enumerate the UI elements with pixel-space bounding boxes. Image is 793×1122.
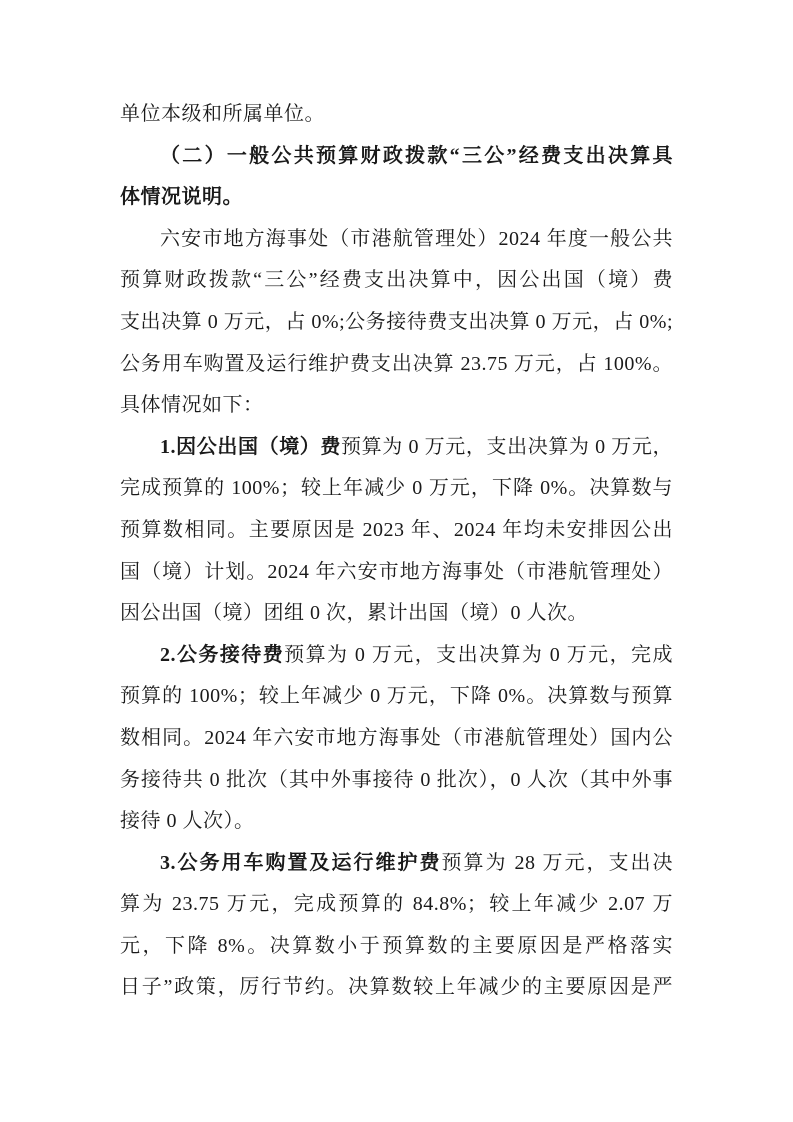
text-line: 具体情况如下： — [120, 385, 673, 427]
body-text: 务接待共 0 批次（其中外事接待 0 批次），0 人次（其中外事 — [120, 769, 673, 791]
text-line: 接待 0 人次）。 — [120, 801, 673, 843]
text-line: 单位本级和所属单位。 — [120, 94, 673, 136]
body-text: 元，下降 8%。决算数小于预算数的主要原因是严格落实过“紧 — [120, 935, 673, 968]
text-line: 2.公务接待费预算为 0 万元，支出决算为 0 万元，完成 — [120, 635, 673, 677]
document-page: 单位本级和所属单位。（二）一般公共预算财政拨款“三公”经费支出决算具体情况说明。… — [0, 0, 793, 1122]
body-text: 单位本级和所属单位。 — [120, 103, 325, 125]
text-line: 数相同。2024 年六安市地方海事处（市港航管理处）国内公 — [120, 718, 673, 760]
text-line: 国（境）计划。2024 年六安市地方海事处（市港航管理处） — [120, 552, 673, 594]
body-text: 算为 23.75 万元，完成预算的 84.8%；较上年减少 2.07 万 — [120, 893, 673, 915]
body-text: 公务用车购置及运行维护费支出决算 23.75 万元，占 100%。 — [120, 353, 673, 375]
text-line: 预算数相同。主要原因是 2023 年、2024 年均未安排因公出 — [120, 510, 673, 552]
body-text: 预算为 0 万元，支出决算为 0 万元， — [341, 436, 673, 458]
body-text: 预算为 28 万元，支出决 — [442, 852, 674, 874]
text-line: 算为 23.75 万元，完成预算的 84.8%；较上年减少 2.07 万 — [120, 884, 673, 926]
bold-text: 1.因公出国（境）费 — [160, 436, 341, 458]
bold-text: 3.公务用车购置及运行维护费 — [160, 852, 442, 874]
text-line: 预算财政拨款“三公”经费支出决算中，因公出国（境）费 — [120, 260, 673, 302]
text-line: 预算的 100%；较上年减少 0 万元，下降 0%。决算数与预算 — [120, 676, 673, 718]
body-text: 预算为 0 万元，支出决算为 0 万元，完成 — [284, 644, 673, 666]
body-text: 预算数相同。主要原因是 2023 年、2024 年均未安排因公出 — [120, 519, 673, 541]
body-text: 支出决算 0 万元，占 0%;公务接待费支出决算 0 万元，占 0%; — [120, 311, 673, 333]
body-text: 预算的 100%；较上年减少 0 万元，下降 0%。决算数与预算 — [120, 685, 673, 707]
text-line: 务接待共 0 批次（其中外事接待 0 批次），0 人次（其中外事 — [120, 760, 673, 802]
text-line: 六安市地方海事处（市港航管理处）2024 年度一般公共 — [120, 219, 673, 261]
body-text: 预算财政拨款“三公”经费支出决算中，因公出国（境）费 — [120, 269, 673, 291]
body-text: 具体情况如下： — [120, 394, 264, 416]
text-line: 支出决算 0 万元，占 0%;公务接待费支出决算 0 万元，占 0%; — [120, 302, 673, 344]
body-text: 国（境）计划。2024 年六安市地方海事处（市港航管理处） — [120, 561, 673, 583]
body-text: 数相同。2024 年六安市地方海事处（市港航管理处）国内公 — [120, 727, 673, 749]
document-body: 单位本级和所属单位。（二）一般公共预算财政拨款“三公”经费支出决算具体情况说明。… — [120, 94, 673, 1009]
text-line: 1.因公出国（境）费预算为 0 万元，支出决算为 0 万元， — [120, 427, 673, 469]
text-line: 日子”政策，厉行节约。决算数较上年减少的主要原因是严 — [120, 967, 673, 1009]
text-line: 体情况说明。 — [120, 177, 673, 219]
bold-text: 2.公务接待费 — [160, 644, 284, 666]
text-line: 完成预算的 100%；较上年减少 0 万元，下降 0%。决算数与 — [120, 468, 673, 510]
bold-text: 体情况说明。 — [120, 186, 243, 208]
body-text: 日子”政策，厉行节约。决算数较上年减少的主要原因是严 — [120, 976, 673, 998]
body-text: 六安市地方海事处（市港航管理处）2024 年度一般公共 — [160, 228, 673, 250]
text-line: 元，下降 8%。决算数小于预算数的主要原因是严格落实过“紧 — [120, 926, 673, 968]
text-line: （二）一般公共预算财政拨款“三公”经费支出决算具 — [120, 136, 673, 178]
body-text: 接待 0 人次）。 — [120, 810, 255, 832]
bold-text: （二）一般公共预算财政拨款“三公”经费支出决算具 — [160, 145, 673, 167]
text-line: 3.公务用车购置及运行维护费预算为 28 万元，支出决 — [120, 843, 673, 885]
body-text: 完成预算的 100%；较上年减少 0 万元，下降 0%。决算数与 — [120, 477, 673, 499]
text-line: 因公出国（境）团组 0 次，累计出国（境）0 人次。 — [120, 593, 673, 635]
text-line: 公务用车购置及运行维护费支出决算 23.75 万元，占 100%。 — [120, 344, 673, 386]
body-text: 因公出国（境）团组 0 次，累计出国（境）0 人次。 — [120, 602, 588, 624]
